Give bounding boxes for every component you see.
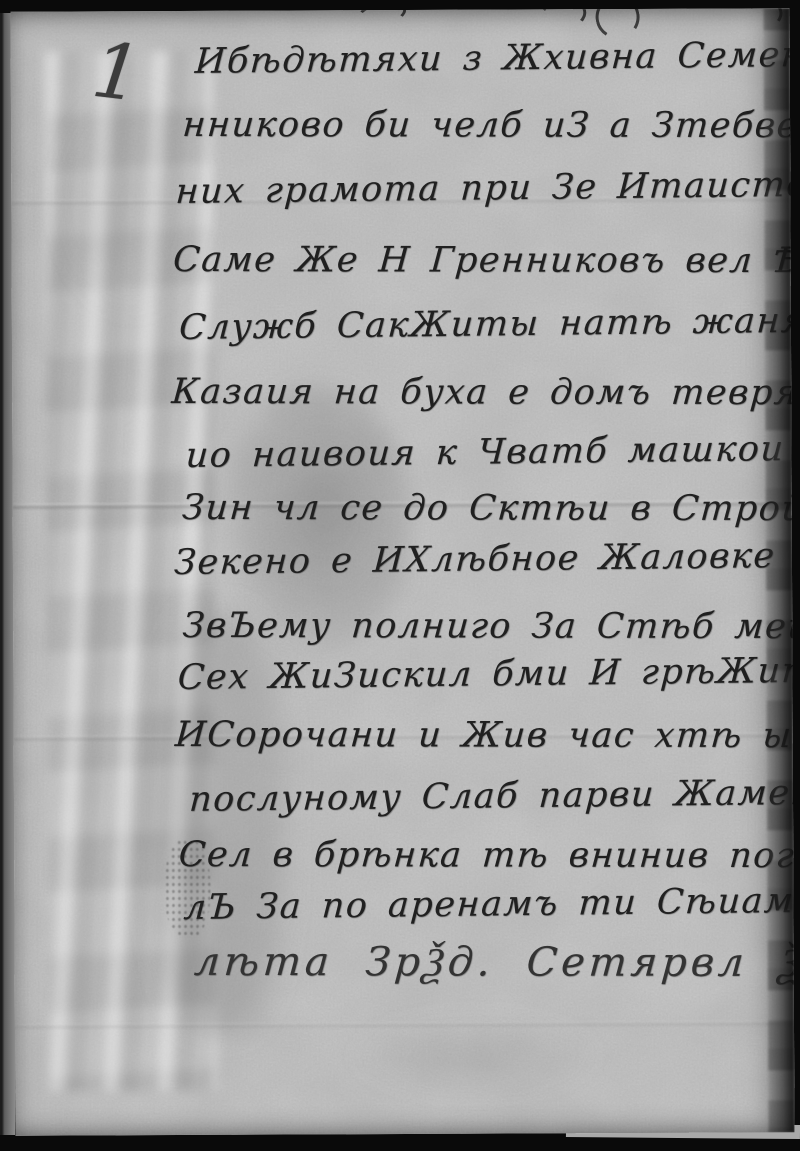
manuscript-line: Ибѣдѣтяхи з Жхивна Семена дЪтре	[194, 33, 795, 82]
manuscript-line: послуному Слаб парви Жаметулов	[188, 772, 794, 820]
manuscript-line: Зекено е ИХлѣбное Жаловке Що	[173, 535, 794, 583]
manuscript-line: Казаия на буха е домъ тевряЗово	[170, 372, 794, 413]
manuscript-line: Сел в брѣнка тѣ внинив пога ии	[177, 835, 794, 876]
torn-right-edge	[764, 8, 795, 1132]
manuscript-line: нниково би челб иЗ а Зтебвен	[181, 105, 794, 146]
manuscript-line: Сех ЖиЗискил бми И грѣЖитит	[177, 650, 795, 698]
manuscript-line: лЪ За по аренамъ ти Сѣиамо Савъ	[183, 879, 795, 928]
manuscript-line: них грамота при Зе Итаистому	[174, 164, 794, 212]
manuscript-line: ИСорочани и Жив час хтѣ ыне мону	[174, 715, 795, 756]
manuscript-line: лѣта ЗрѮд. Сетярвл ѮЗ	[193, 938, 795, 986]
manuscript-line: Саме Же Н Гренниковъ вел Ѣниѣ	[172, 240, 795, 281]
scan-background: 1 Ибѣдѣтяхи з Жхивна Семена дЪтре нников…	[0, 0, 800, 1151]
manuscript-line: Служб СакЖиты натѣ жанявионч	[178, 300, 794, 348]
manuscript-line: ио наивоия к Чватб машкои Ланц	[185, 428, 795, 476]
manuscript-line: ЗвЪему полниго За Стѣб мешки	[181, 606, 794, 647]
manuscript-line: Зин чл се до Сктѣи в Строй инце	[181, 488, 795, 529]
manuscript-page: 1 Ибѣдѣтяхи з Жхивна Семена дЪтре нников…	[11, 8, 795, 1135]
